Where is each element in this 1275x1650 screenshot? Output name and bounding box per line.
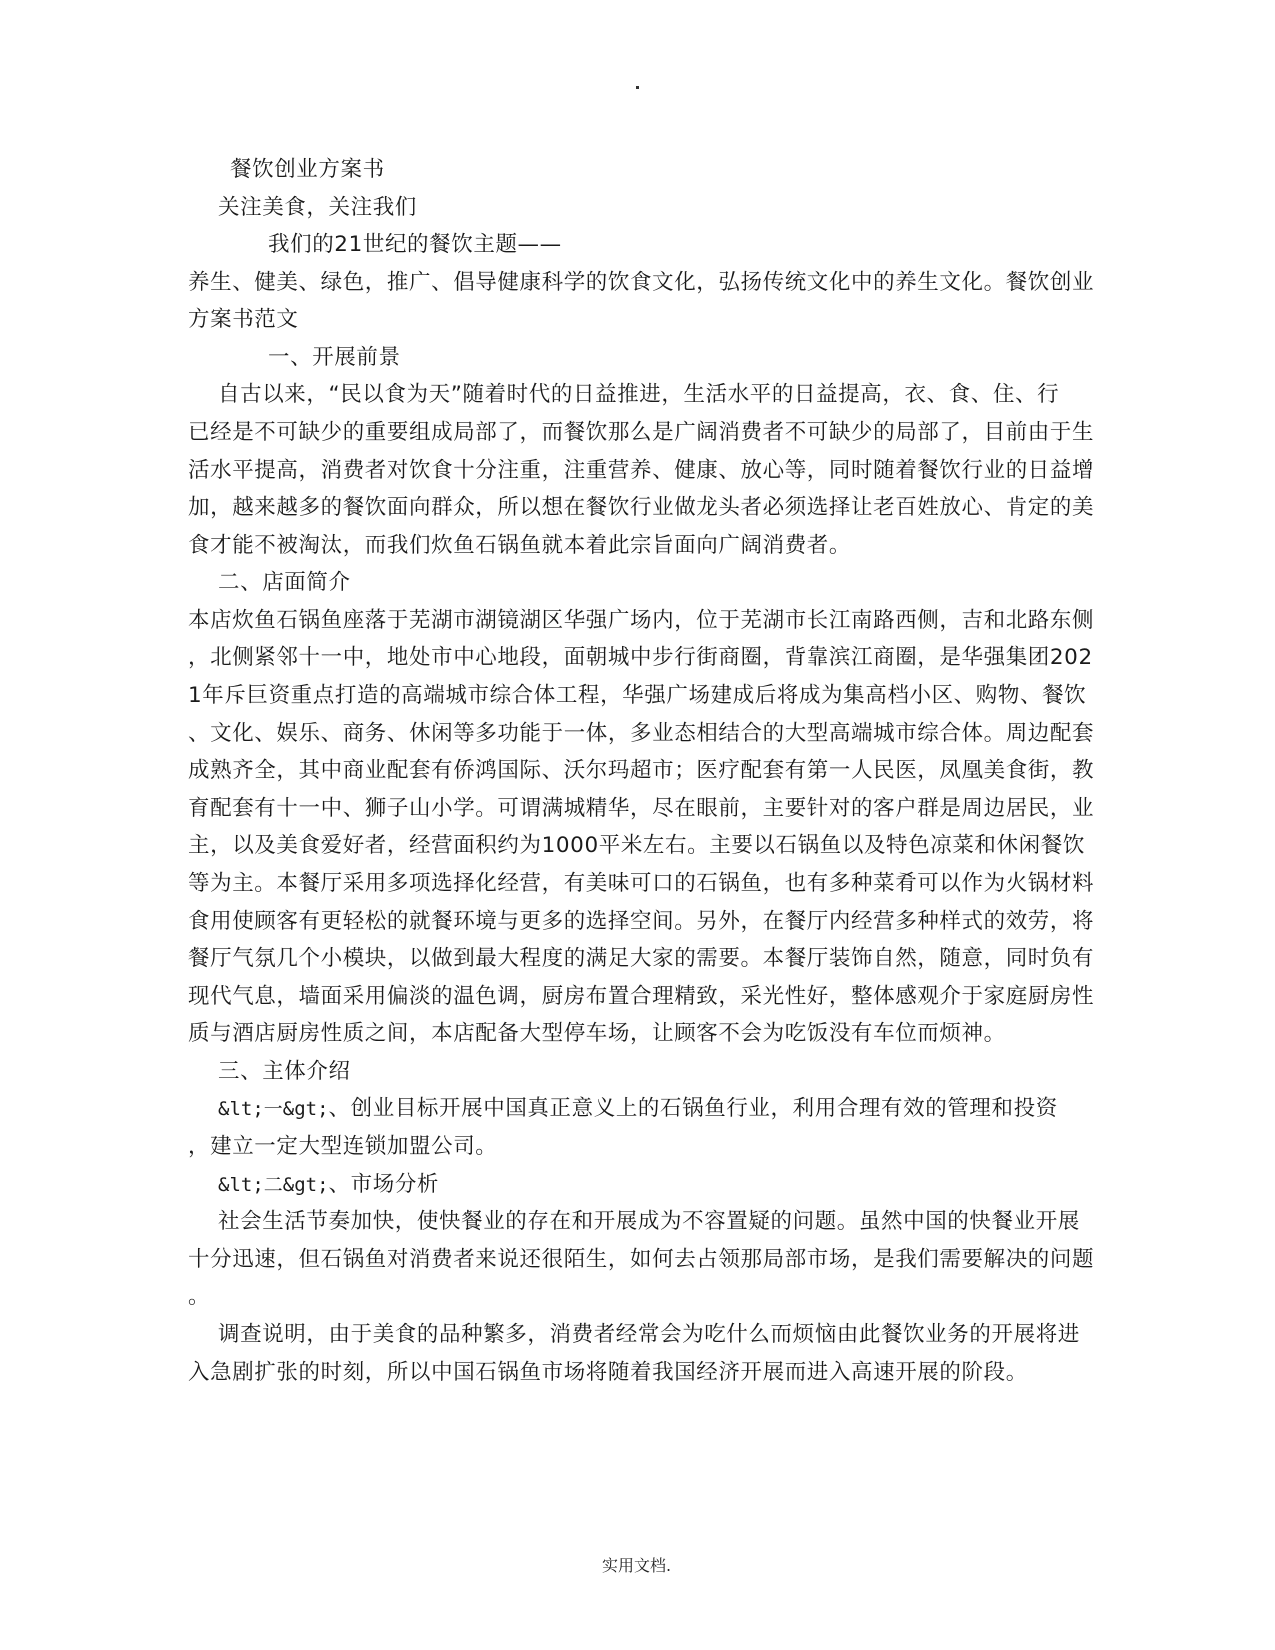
subsection-marker: &lt;二&gt; bbox=[218, 1174, 329, 1196]
paragraph-line: 本店炊鱼石锅鱼座落于芜湖市湖镜湖区华强广场内，位于芜湖市长江南路西侧，吉和北路东… bbox=[188, 602, 1094, 640]
paragraph-line: 质与酒店厨房性质之间，本店配备大型停车场，让顾客不会为吃饭没有车位而烦神。 bbox=[188, 1015, 1006, 1053]
subsection-market-heading: &lt;二&gt;、市场分析 bbox=[218, 1166, 439, 1204]
document-title: 餐饮创业方案书 bbox=[230, 151, 385, 189]
paragraph-line: 十分迅速，但石锅鱼对消费者来说还很陌生，如何去占领那局部市场，是我们需要解决的问… bbox=[188, 1241, 1094, 1279]
theme-intro: 我们的21世纪的餐饮主题—— bbox=[268, 226, 562, 264]
paragraph-line: 入急剧扩张的时刻，所以中国石锅鱼市场将随着我国经济开展而进入高速开展的阶段。 bbox=[188, 1354, 1028, 1392]
paragraph-line: 、创业目标开展中国真正意义上的石锅鱼行业，利用合理有效的管理和投资 bbox=[329, 1096, 1058, 1121]
paragraph-line: 成熟齐全，其中商业配套有侨鸿国际、沃尔玛超市；医疗配套有第一人民医，凤凰美食街，… bbox=[188, 752, 1094, 790]
paragraph-line: 。 bbox=[188, 1278, 210, 1316]
section-heading-store-intro: 二、店面简介 bbox=[218, 564, 351, 602]
paragraph-line: ，建立一定大型连锁加盟公司。 bbox=[188, 1128, 497, 1166]
section-heading-main-intro: 三、主体介绍 bbox=[218, 1053, 351, 1091]
paragraph-line: 主，以及美食爱好者，经营面积约为1000平米左右。主要以石锅鱼以及特色凉菜和休闲… bbox=[188, 827, 1085, 865]
paragraph-line: ，北侧紧邻十一中，地处市中心地段，面朝城中步行街商圈，背靠滨江商圈，是华强集团2… bbox=[188, 639, 1093, 677]
subsection-heading-text: 、市场分析 bbox=[329, 1172, 440, 1197]
theme-intro-text: 我们的21世纪的餐饮主题—— bbox=[268, 232, 562, 257]
paragraph-line: 社会生活节奏加快，使快餐业的存在和开展成为不容置疑的问题。虽然中国的快餐业开展 bbox=[218, 1203, 1080, 1241]
section-heading-prospects: 一、开展前景 bbox=[268, 339, 401, 377]
theme-line: 养生、健美、绿色，推广、倡导健康科学的饮食文化，弘扬传统文化中的养生文化。餐饮创… bbox=[188, 264, 1094, 302]
paragraph-line: 调查说明，由于美食的品种繁多，消费者经常会为吃什么而烦恼由此餐饮业务的开展将进 bbox=[218, 1316, 1080, 1354]
document-page: 餐饮创业方案书 关注美食，关注我们 我们的21世纪的餐饮主题—— 养生、健美、绿… bbox=[0, 0, 1275, 1650]
paragraph-line: 已经是不可缺少的重要组成局部了，而餐饮那么是广阔消费者不可缺少的局部了，目前由于… bbox=[188, 414, 1094, 452]
subsection-goal: &lt;一&gt;、创业目标开展中国真正意义上的石锅鱼行业，利用合理有效的管理和… bbox=[218, 1090, 1058, 1128]
paragraph-line: 食用使顾客有更轻松的就餐环境与更多的选择空间。另外，在餐厅内经营多种样式的效劳，… bbox=[188, 903, 1094, 941]
paragraph-line: 食才能不被淘汰，而我们炊鱼石锅鱼就本着此宗旨面向广阔消费者。 bbox=[188, 527, 851, 565]
paragraph-line: 等为主。本餐厅采用多项选择化经营，有美味可口的石锅鱼，也有多种菜肴可以作为火锅材… bbox=[188, 865, 1094, 903]
paragraph-line: 自古以来，“民以食为天”随着时代的日益推进，生活水平的日益提高，衣、食、住、行 bbox=[218, 376, 1059, 414]
header-mark bbox=[636, 86, 639, 89]
subsection-marker: &lt;一&gt; bbox=[218, 1098, 329, 1120]
theme-line: 方案书范文 bbox=[188, 301, 299, 339]
paragraph-line: 活水平提高，消费者对饮食十分注重，注重营养、健康、放心等，同时随着餐饮行业的日益… bbox=[188, 452, 1094, 490]
paragraph-line: 加，越来越多的餐饮面向群众，所以想在餐饮行业做龙头者必须选择让老百姓放心、肯定的… bbox=[188, 489, 1094, 527]
paragraph-line: 育配套有十一中、狮子山小学。可谓满城精华，尽在眼前，主要针对的客户群是周边居民，… bbox=[188, 790, 1094, 828]
paragraph-line: 1年斥巨资重点打造的高端城市综合体工程，华强广场建成后将成为集高档小区、购物、餐… bbox=[188, 677, 1086, 715]
slogan: 关注美食，关注我们 bbox=[218, 189, 417, 227]
page-footer: 实用文档. bbox=[602, 1553, 671, 1576]
paragraph-line: 现代气息，墙面采用偏淡的温色调，厨房布置合理精致，采光性好，整体感观介于家庭厨房… bbox=[188, 978, 1094, 1016]
paragraph-line: 餐厅气氛几个小模块，以做到最大程度的满足大家的需要。本餐厅装饰自然，随意，同时负… bbox=[188, 940, 1094, 978]
paragraph-line: 、文化、娱乐、商务、休闲等多功能于一体，多业态相结合的大型高端城市综合体。周边配… bbox=[188, 715, 1094, 753]
